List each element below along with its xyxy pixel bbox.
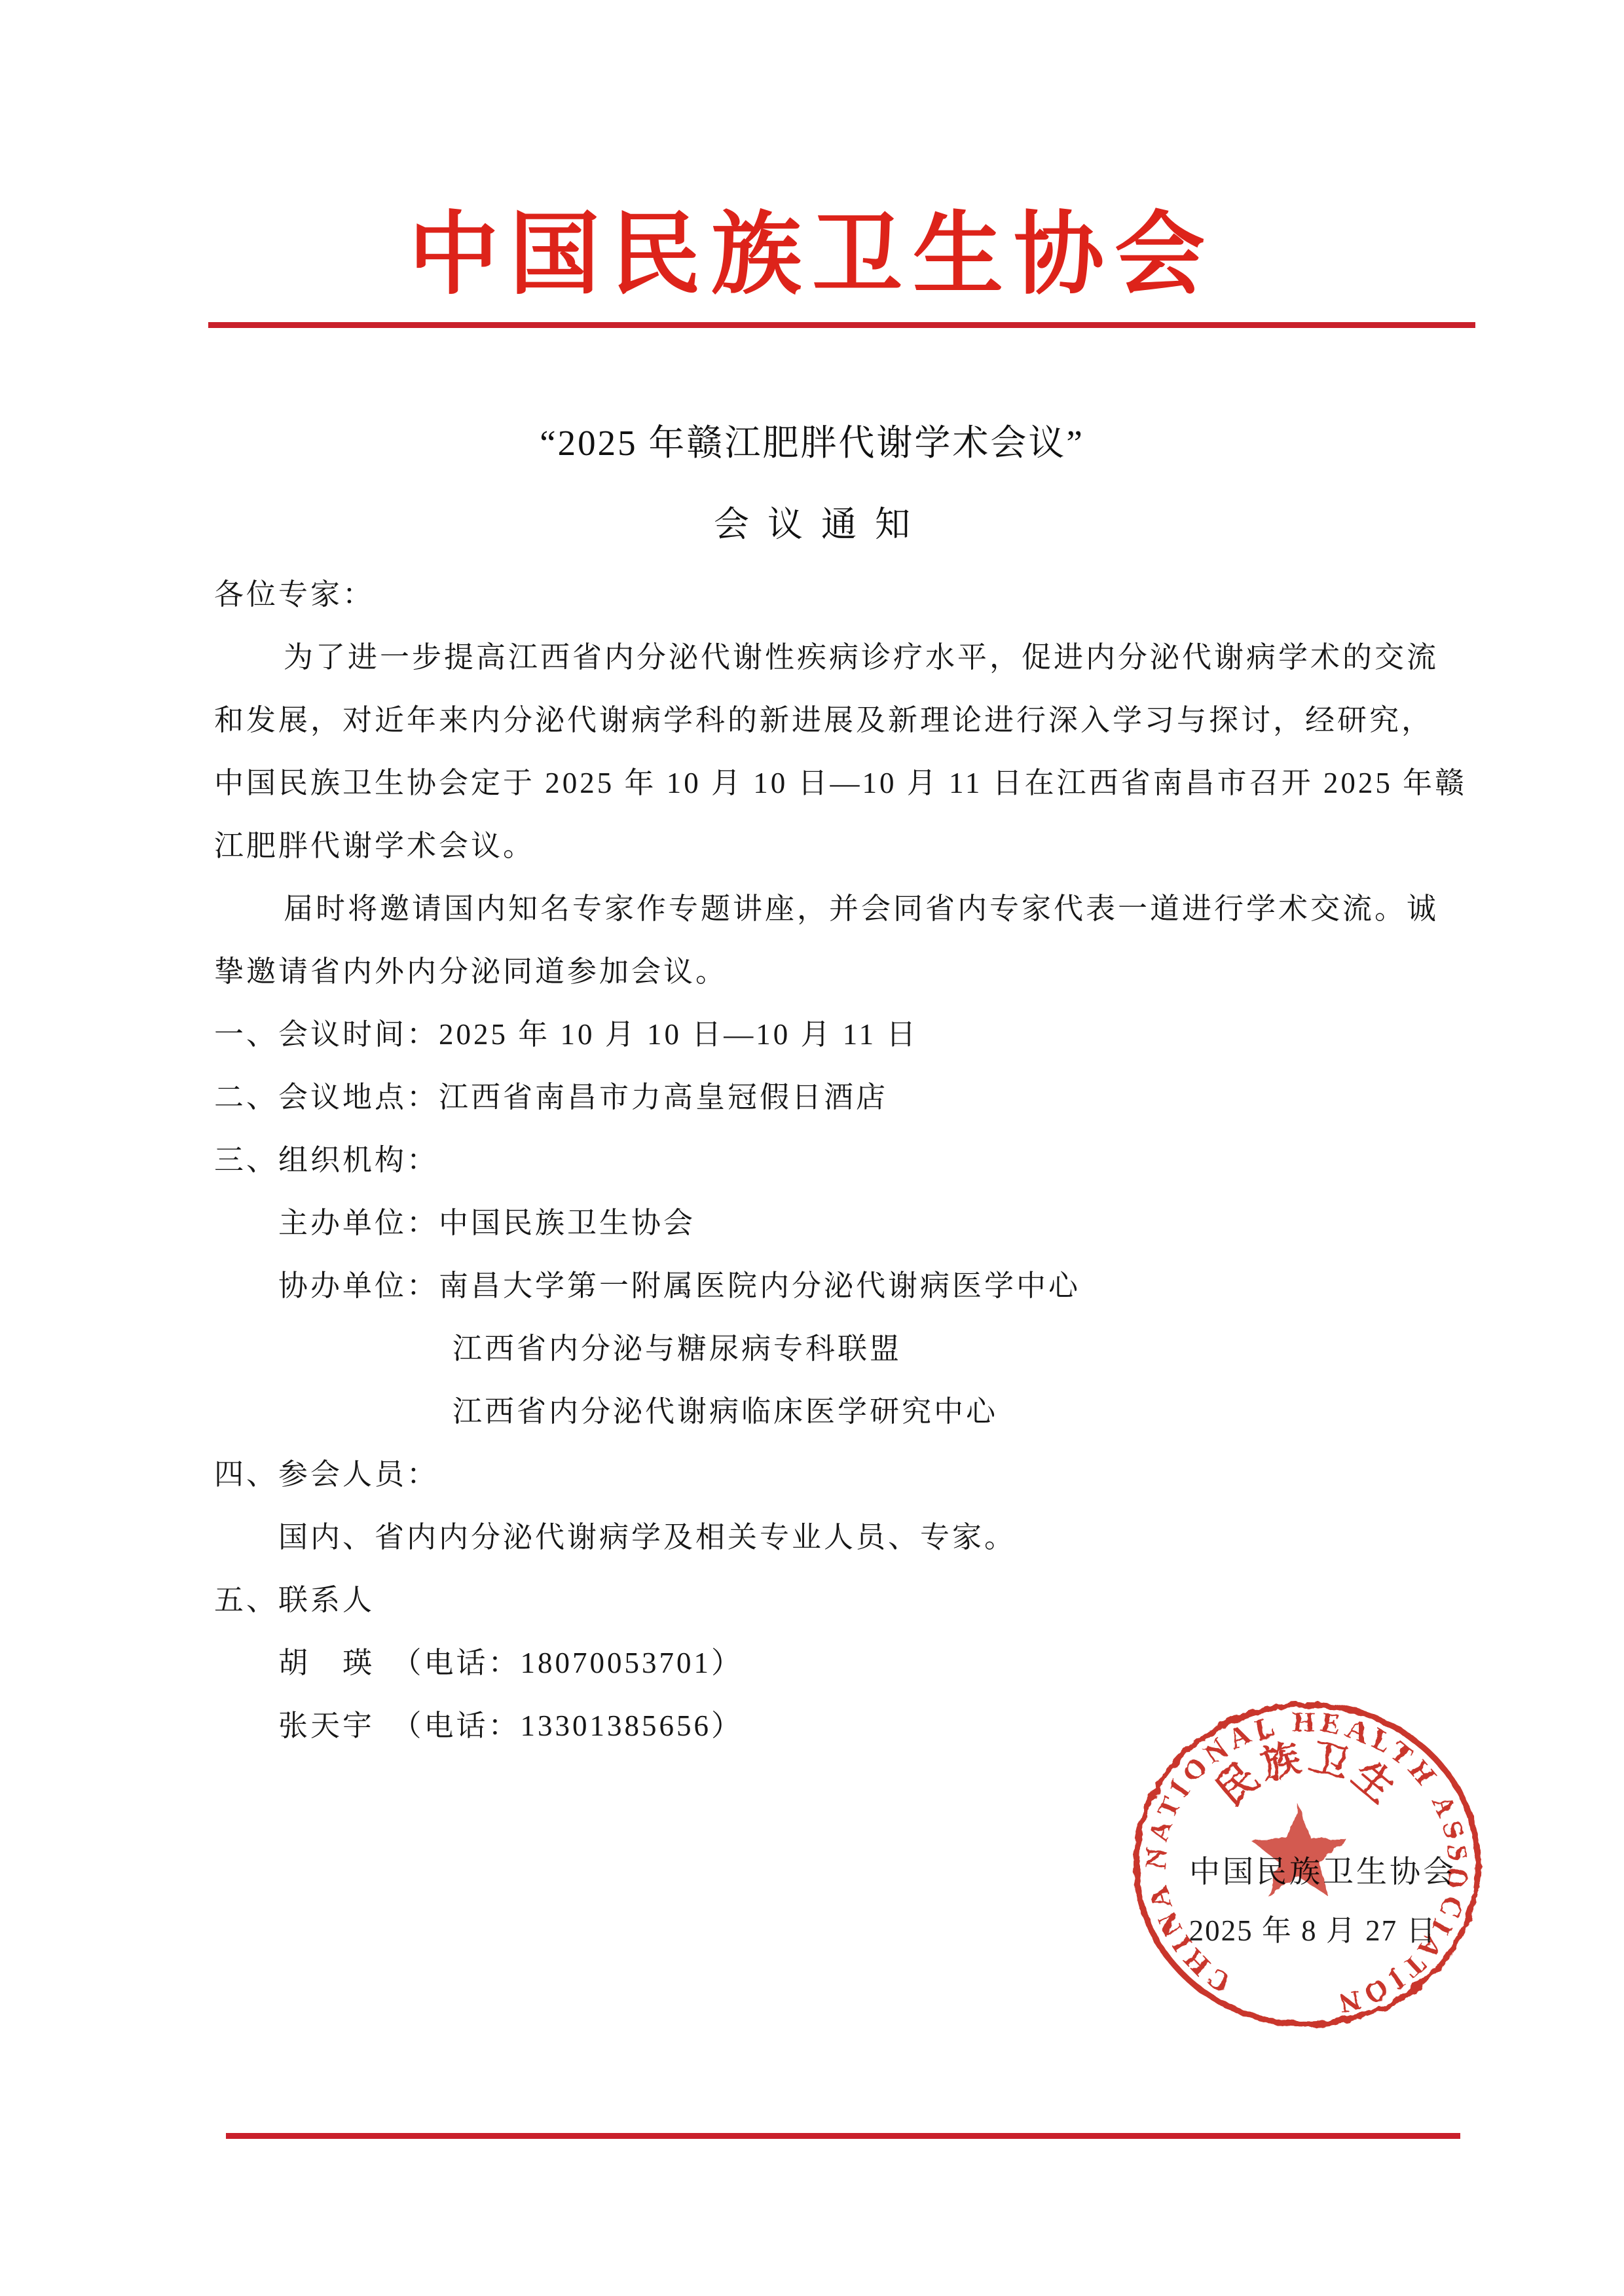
letterhead-org-name: 中国民族卫生协会 (0, 182, 1624, 312)
document-title: “2025 年赣江肥胖代谢学术会议” (0, 414, 1624, 465)
letterhead-rule (208, 322, 1475, 328)
official-seal-stamp: CHINA NATIONAL HEALTH ASSOCIATION 民族卫生 (1132, 1701, 1483, 2030)
item-meeting-venue: 二、会议地点：江西省南昌市力高皇冠假日酒店 (214, 1066, 1491, 1129)
body-line: 中国民族卫生协会定于 2025 年 10 月 10 日—10 月 11 日在江西… (214, 752, 1491, 814)
seal-graphic: CHINA NATIONAL HEALTH ASSOCIATION 民族卫生 (1136, 1705, 1478, 2024)
body-line: 届时将邀请国内知名专家作专题讲座，并会同省内专家代表一道进行学术交流。诚 (214, 877, 1491, 940)
item-co-organizer-2: 江西省内分泌与糖尿病专科联盟 (214, 1317, 1491, 1380)
item-co-organizer: 协办单位：南昌大学第一附属医院内分泌代谢病医学中心 (214, 1254, 1491, 1317)
document-subtitle: 会议通知 (0, 496, 1624, 547)
item-host-unit: 主办单位：中国民族卫生协会 (214, 1192, 1491, 1254)
star-icon (1250, 1804, 1347, 1897)
document-page: 中国民族卫生协会 “2025 年赣江肥胖代谢学术会议” 会议通知 各位专家： 为… (0, 0, 1624, 2296)
body-line: 为了进一步提高江西省内分泌代谢性疾病诊疗水平，促进内分泌代谢病学术的交流 (214, 626, 1491, 689)
item-participants-header: 四、参会人员： (214, 1443, 1491, 1506)
body-line-greeting: 各位专家： (214, 563, 1491, 626)
document-body: 各位专家： 为了进一步提高江西省内分泌代谢性疾病诊疗水平，促进内分泌代谢病学术的… (214, 563, 1491, 1757)
item-co-organizer-3: 江西省内分泌代谢病临床医学研究中心 (214, 1380, 1491, 1443)
item-contacts-header: 五、联系人 (214, 1569, 1491, 1631)
item-organization-header: 三、组织机构： (214, 1129, 1491, 1192)
footer-rule (226, 2133, 1460, 2139)
item-contact-1: 胡 瑛 （电话：18070053701） (214, 1631, 1491, 1694)
body-line: 和发展，对近年来内分泌代谢病学科的新进展及新理论进行深入学习与探讨，经研究， (214, 689, 1491, 752)
body-line: 江肥胖代谢学术会议。 (214, 814, 1491, 877)
item-participants: 国内、省内内分泌代谢病学及相关专业人员、专家。 (214, 1506, 1491, 1569)
item-meeting-time: 一、会议时间：2025 年 10 月 10 日—10 月 11 日 (214, 1003, 1491, 1066)
body-line: 挚邀请省内外内分泌同道参加会议。 (214, 940, 1491, 1003)
